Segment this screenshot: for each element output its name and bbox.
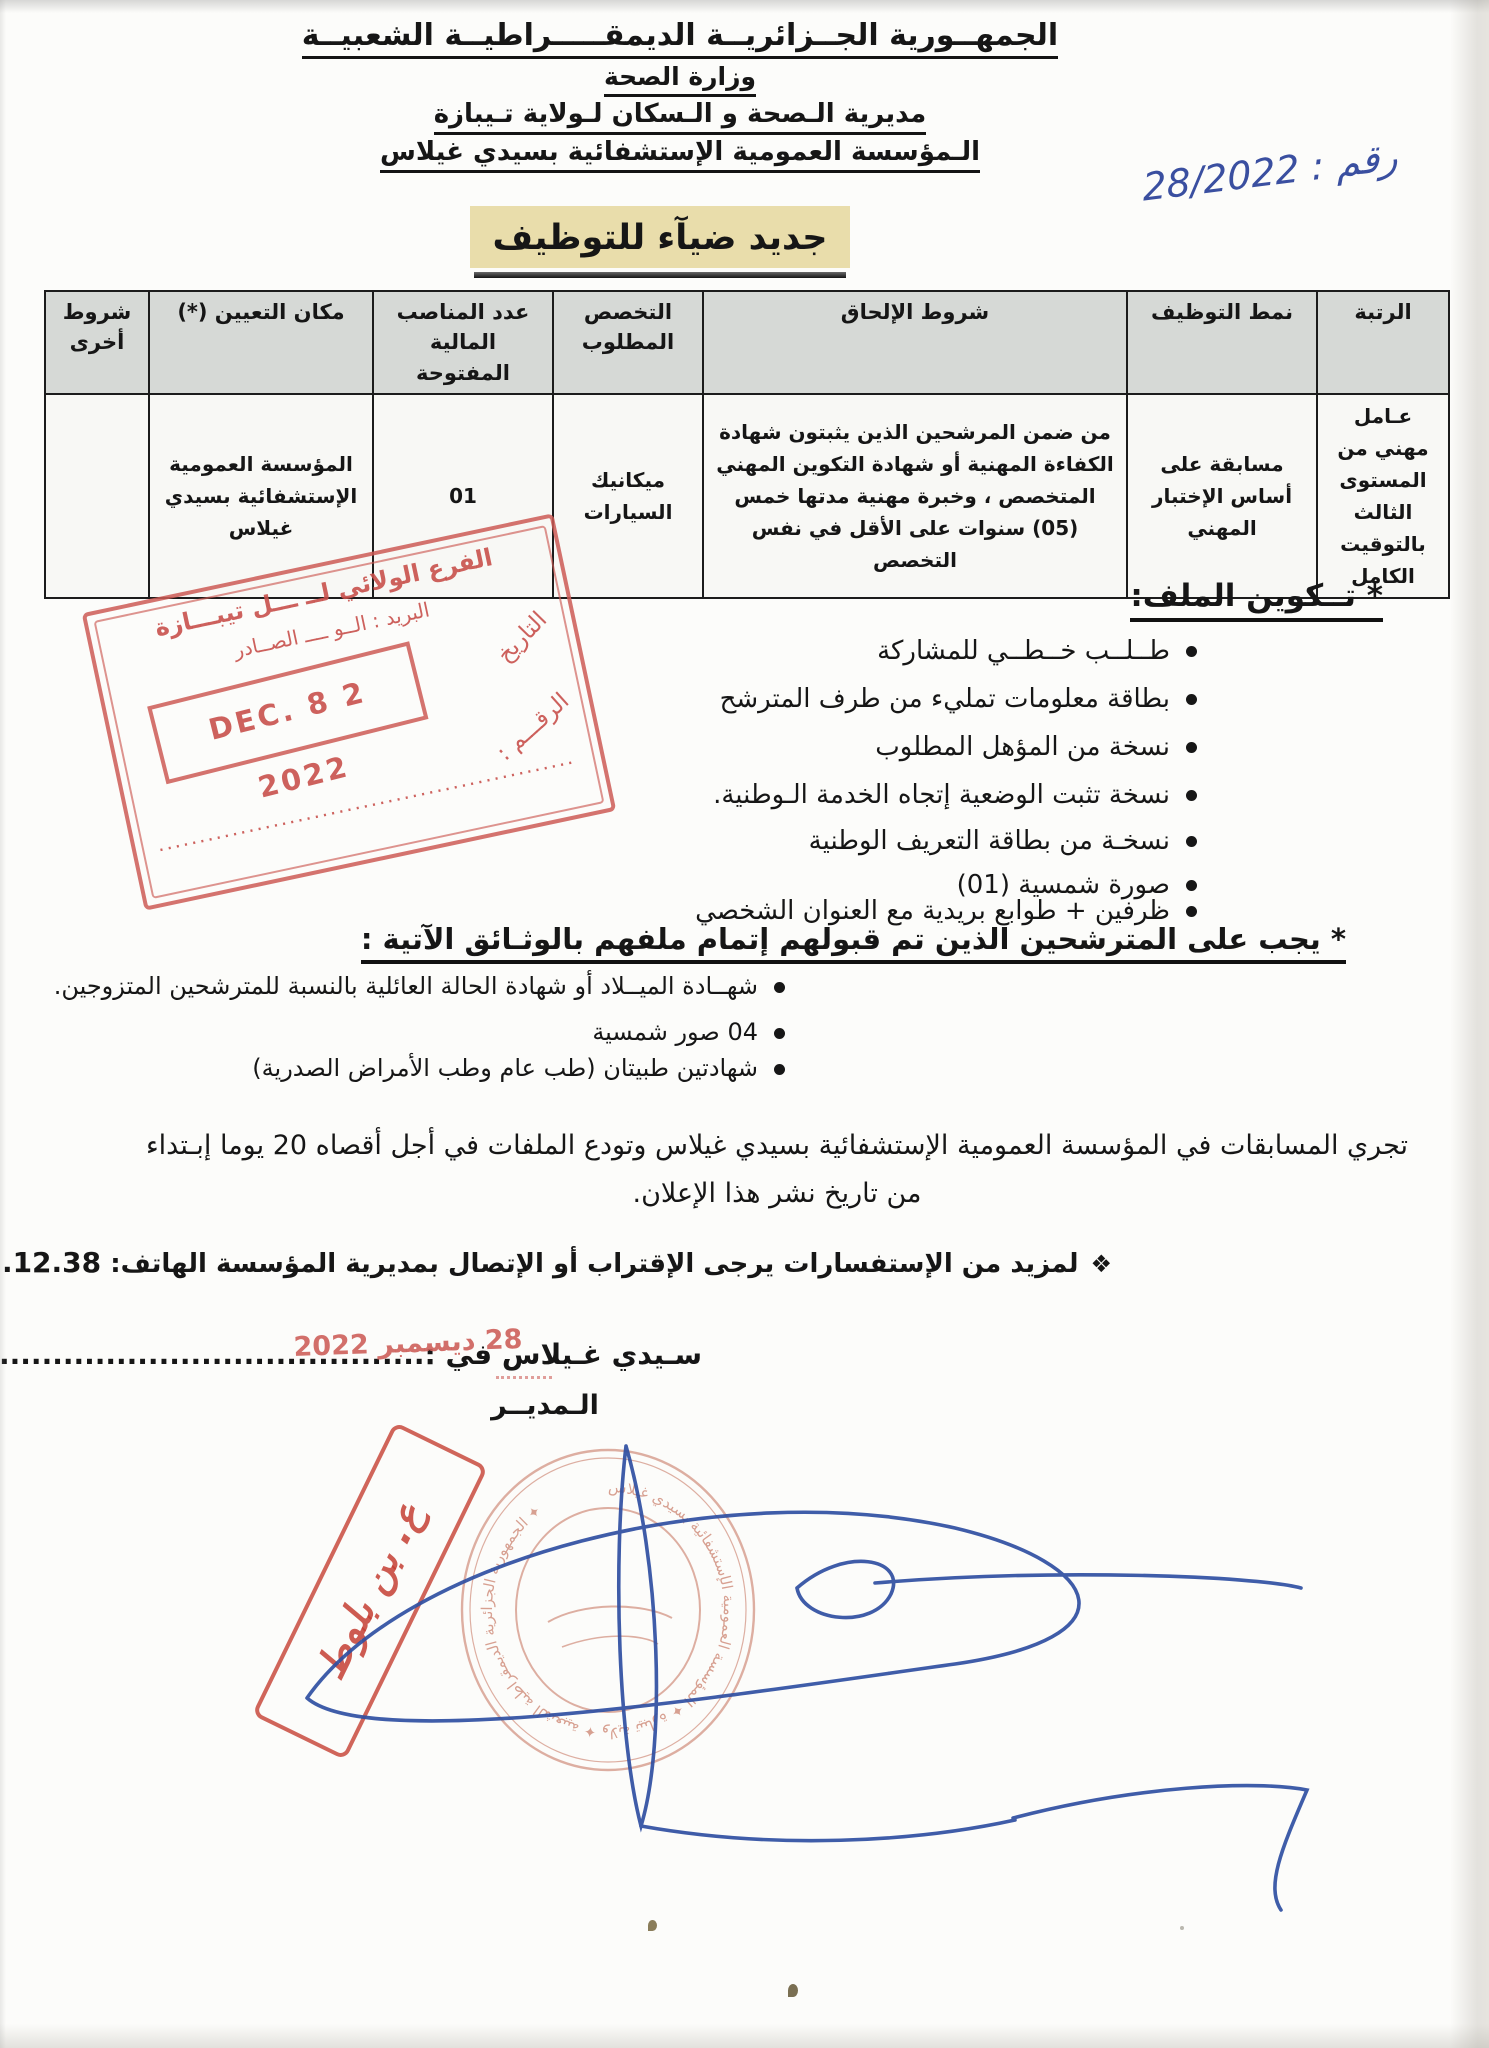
list-item: نسخـة من بطاقة التعريف الوطنية: [809, 826, 1197, 856]
cell-required-specialty: ميكانيك السيارات: [553, 394, 703, 598]
scan-fold-left: [0, 0, 6, 2048]
list-item: نسخة تثبت الوضعية إتجاه الخدمة الـوطنية.: [713, 780, 1197, 810]
bullet-dot: [1186, 906, 1197, 917]
list-item: بطاقة معلومات تمليء من طرف المترشح: [720, 684, 1197, 714]
scan-fold-bottom: [0, 2024, 1489, 2048]
header-directorate-line: مديرية الـصحة و الـسكان لـولاية تـيبازة: [140, 99, 1220, 129]
file-section-heading: * تــكوين الملف:: [1130, 578, 1383, 614]
col-eligibility-conditions: شروط الإلحاق: [703, 291, 1127, 394]
header-establishment-line: الـمؤسسة العمومية الإستشفائية بسيدي غيلا…: [140, 137, 1220, 167]
bullet-dot: [1186, 694, 1197, 705]
bullet-dot: [1186, 742, 1197, 753]
bullet-dot: [1186, 880, 1197, 891]
cell-rank: عـامل مهني من المستوى الثالث بالتوقيت ال…: [1317, 394, 1449, 598]
cell-other-conditions: [45, 394, 149, 598]
bullet-dot: [774, 1064, 785, 1075]
col-open-positions: عدد المناصب المالية المفتوحة: [373, 291, 553, 394]
cell-eligibility-conditions: من ضمن المرشحين الذين يثبتون شهادة الكفا…: [703, 394, 1127, 598]
col-required-specialty: التخصص المطلوب: [553, 291, 703, 394]
list-item: طــلــب خــطــي للمشاركة: [877, 636, 1197, 666]
scan-fold-top: [0, 0, 1489, 13]
diamond-marker-icon: ❖: [1090, 1250, 1112, 1278]
page-title: جديد ضيآء للتوظيف: [470, 206, 850, 268]
list-item: نسخة من المؤهل المطلوب: [875, 732, 1197, 762]
col-rank: الرتبة: [1317, 291, 1449, 394]
director-title: الـمديــر: [450, 1390, 640, 1421]
bullet-dot: [774, 982, 785, 993]
col-assignment-location: مكان التعيين (*): [149, 291, 373, 394]
scanned-job-announcement: الجمهــورية الجــزائريــة الديمقـــــراط…: [0, 0, 1489, 2048]
contact-text: لمزيد من الإستفسارات يرجى الإقتراب أو ال…: [110, 1249, 1078, 1279]
table-row: عـامل مهني من المستوى الثالث بالتوقيت ال…: [45, 394, 1449, 598]
closing-paragraph: تجري المسابقات في المؤسسة العمومية الإست…: [127, 1122, 1427, 1218]
contact-line: ❖لمزيد من الإستفسارات يرجى الإقتراب أو ا…: [0, 1246, 1112, 1279]
table-header-row: الرتبة نمط التوظيف شروط الإلحاق التخصص ا…: [45, 291, 1449, 394]
scan-fold-right: [1450, 0, 1489, 2048]
scan-speck: [788, 1984, 798, 1997]
red-date-stamp-underline: [496, 1376, 552, 1379]
bullet-dot: [774, 1028, 785, 1039]
document-header: الجمهــورية الجــزائريــة الديمقـــــراط…: [140, 18, 1220, 167]
cell-recruitment-mode: مسابقة على أساس الإختبار المهني: [1127, 394, 1317, 598]
bullet-dot: [1186, 790, 1197, 801]
col-other-conditions: شروط أخرى: [45, 291, 149, 394]
phone-number: 024.33.12.38: [0, 1246, 101, 1279]
list-item: شهادتين طبيتان (طب عام وطب الأمراض الصدر…: [252, 1054, 785, 1082]
bullet-dot: [1186, 836, 1197, 847]
title-underline: [474, 272, 846, 278]
header-ministry-line: وزارة الصحة: [140, 62, 1220, 91]
list-item: 04 صور شمسية: [592, 1018, 785, 1046]
director-signature: [255, 1418, 1325, 1938]
job-openings-table: الرتبة نمط التوظيف شروط الإلحاق التخصص ا…: [44, 290, 1450, 599]
bullet-dot: [1186, 646, 1197, 657]
col-recruitment-mode: نمط التوظيف: [1127, 291, 1317, 394]
header-republic-line: الجمهــورية الجــزائريــة الديمقـــــراط…: [140, 18, 1220, 53]
accepted-docs-heading: * يجب على المترشحين الذين تم قبولهم إتما…: [361, 922, 1346, 956]
list-item: شهــادة الميــلاد أو شهادة الحالة العائل…: [54, 972, 785, 1000]
